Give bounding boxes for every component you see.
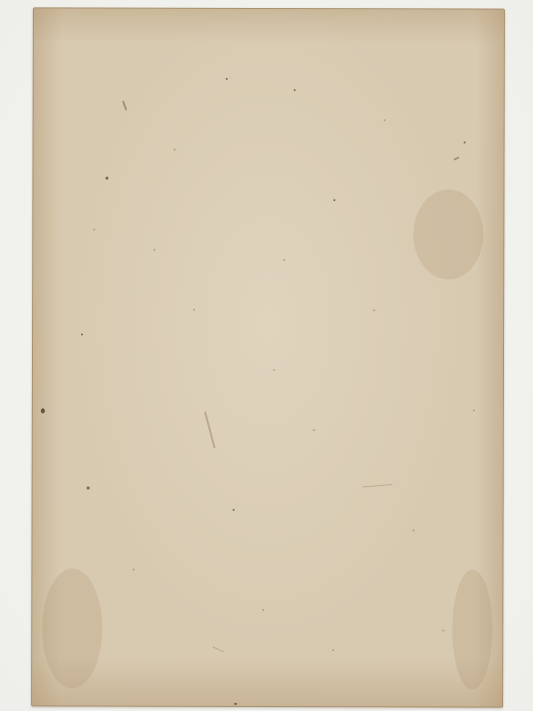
paper-fiber [204, 411, 216, 448]
photo-scene [0, 0, 533, 711]
paper-speck [283, 259, 285, 261]
paper-stain [413, 189, 483, 279]
paper-speck [313, 429, 315, 431]
paper-speck [226, 78, 228, 80]
paper-speck [473, 410, 475, 412]
paper-speck [105, 177, 108, 180]
paper-speck [332, 649, 334, 651]
paper-speck [81, 334, 83, 336]
paper-speck [373, 309, 375, 311]
paper-speck [464, 142, 466, 144]
paper-speck [384, 119, 386, 121]
paper-stain [452, 569, 492, 689]
paper-speck [233, 509, 235, 511]
paper-speck [153, 249, 155, 251]
paper-speck [234, 703, 237, 705]
paper-speck [87, 487, 90, 490]
paper-fiber [213, 646, 224, 652]
aged-paper-card [31, 7, 505, 707]
paper-fiber [122, 101, 127, 111]
paper-speck [273, 369, 275, 371]
paper-speck [93, 229, 95, 231]
paper-fiber [453, 156, 459, 160]
paper-speck [442, 629, 444, 631]
paper-speck [333, 199, 335, 201]
paper-stain [42, 568, 102, 688]
paper-speck [262, 609, 264, 611]
paper-speck [294, 89, 296, 91]
paper-fiber [363, 484, 393, 488]
paper-speck [174, 149, 176, 151]
paper-speck [413, 529, 415, 531]
paper-speck [193, 309, 195, 311]
paper-speck [41, 408, 45, 413]
paper-speck [132, 569, 134, 571]
